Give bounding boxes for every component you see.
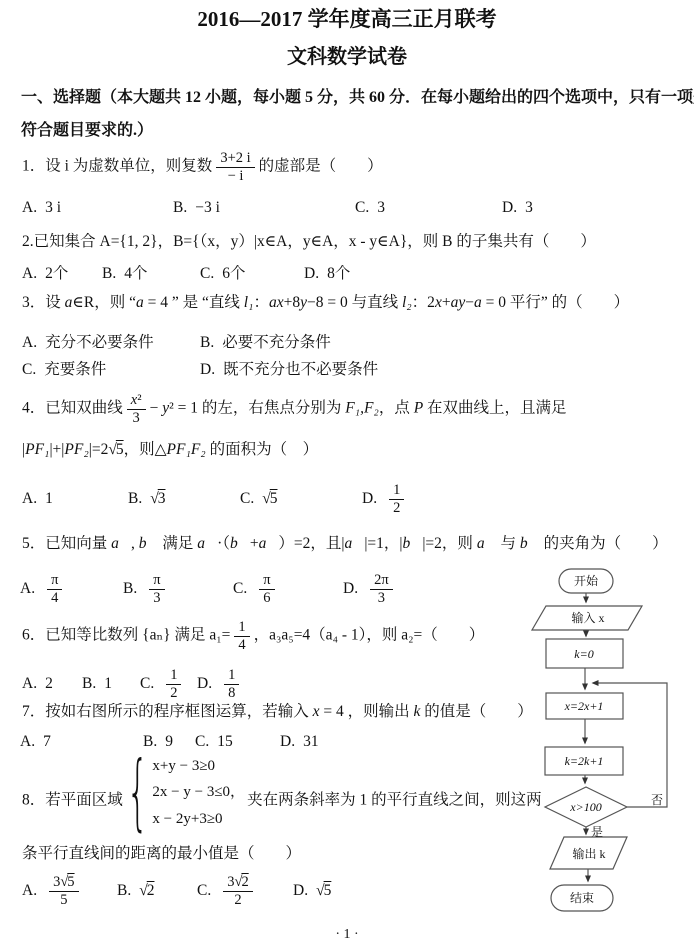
flowchart-loop-line bbox=[593, 683, 667, 807]
question-8-option-c: C.3√22 bbox=[197, 866, 257, 916]
page-title: 2016—2017 学年度高三正月联考 bbox=[0, 6, 694, 33]
question-3-options-row-2: C.充要条件 D.既不充分也不必要条件 bbox=[0, 358, 694, 382]
question-2-option-a: A.2个 bbox=[22, 262, 68, 286]
exam-page: 2016—2017 学年度高三正月联考 文科数学试卷 一、选择题（本大题共 12… bbox=[0, 0, 694, 952]
section-header-line-2: 符合题目要求的.） bbox=[21, 121, 153, 142]
question-3-option-d: D.既不充分也不必要条件 bbox=[200, 358, 378, 382]
question-8-option-b: B.√2 bbox=[117, 866, 154, 916]
flowchart-start-label: 开始 bbox=[574, 573, 599, 588]
question-6-option-b: B.1 bbox=[82, 660, 112, 708]
question-3-stem: 3．设 a∈R，则 “a = 4 ” 是 “直线 l₁：ax+8y−8 = 0 … bbox=[22, 293, 629, 319]
question-5-option-a: A.π4 bbox=[20, 563, 66, 615]
question-2-options: A.2个 B.4个 C.6个 D.8个 bbox=[0, 262, 694, 286]
question-4-option-a: A.1 bbox=[22, 474, 53, 524]
program-flowchart: 开始 输入 x k=0 x=2x+1 k=2k+1 x>100 否 是 输出 k… bbox=[514, 558, 694, 918]
question-4-option-b: B.√3 bbox=[128, 474, 165, 524]
question-8-option-d: D.√5 bbox=[293, 866, 331, 916]
question-2-stem: 2.已知集合 A={1, 2}，B={（x，y）|x∈A，y∈A，x - y∈A… bbox=[22, 232, 596, 256]
question-1-options: A.3 i B.−3 i C.3 D. 3 bbox=[0, 196, 694, 220]
flowchart-output-label: 输出 k bbox=[572, 846, 605, 861]
question-6-option-c: C.12 bbox=[140, 660, 185, 708]
question-4-stem-line-2: |PF₁|+|PF₂|=2√5，则△PF₁F₂ 的面积为（ ） bbox=[22, 440, 318, 466]
question-3-option-c: C.充要条件 bbox=[22, 358, 106, 382]
question-8-stem: 8．若平面区域{x+y − 3≥02x − y − 3≤0，x − 2y+3≥0… bbox=[22, 750, 542, 836]
question-4-option-d: D.12 bbox=[362, 474, 408, 524]
question-1-option-a: A.3 i bbox=[22, 196, 61, 220]
question-4-option-c: C.√5 bbox=[240, 474, 277, 524]
question-4-options: A.1 B.√3 C.√5 D.12 bbox=[0, 474, 694, 524]
question-4-stem-line-1: 4．已知双曲线x²3− y² = 1 的左，右焦点分别为 F₁,F₂，点 P 在… bbox=[22, 384, 567, 434]
flowchart-step2-label: k=2k+1 bbox=[565, 754, 604, 768]
question-5-option-b: B.π3 bbox=[123, 563, 169, 615]
flowchart-step1-label: x=2x+1 bbox=[564, 699, 604, 713]
section-header-line-1: 一、选择题（本大题共 12 小题，每小题 5 分，共 60 分．在每小题给出的四… bbox=[21, 88, 694, 109]
question-6-stem: 6．已知等比数列 {aₙ} 满足 a₁=14，a₃a₅=4（a₄ - 1），则 … bbox=[22, 612, 484, 660]
question-1-option-d: D. 3 bbox=[502, 196, 533, 220]
question-3-option-a: A.充分不必要条件 bbox=[22, 331, 154, 355]
question-3-options-row-1: A.充分不必要条件 B.必要不充分条件 bbox=[0, 331, 694, 355]
page-subtitle: 文科数学试卷 bbox=[0, 44, 694, 70]
question-5-stem: 5．已知向量 a⃗, b⃗ 满足 a⃗·（b⃗+a⃗）=2，且|a⃗|=1，|b… bbox=[22, 534, 668, 560]
question-5-option-c: C.π6 bbox=[233, 563, 279, 615]
question-2-option-b: B.4个 bbox=[102, 262, 147, 286]
flowchart-init-label: k=0 bbox=[574, 647, 593, 661]
question-2-option-d: D.8个 bbox=[304, 262, 350, 286]
question-8-option-a: A.3√55 bbox=[22, 866, 83, 916]
flowchart-condition-label: x>100 bbox=[569, 800, 601, 814]
question-1-option-c: C.3 bbox=[355, 196, 385, 220]
question-8-stem-line-2: 条平行直线间的距离的最小值是（ ） bbox=[22, 844, 301, 868]
flowchart-input-label: 输入 x bbox=[571, 610, 604, 625]
question-5-option-d: D.2π3 bbox=[343, 563, 397, 615]
question-6-option-d: D.18 bbox=[197, 660, 243, 708]
flowchart-no-label: 否 bbox=[651, 793, 663, 807]
question-1-stem: 1．设 i 为虚数单位，则复数3+2 i− i的虚部是（ ） bbox=[22, 144, 383, 190]
question-3-option-b: B.必要不充分条件 bbox=[200, 331, 331, 355]
question-6-option-a: A.2 bbox=[22, 660, 53, 708]
page-number: · 1 · bbox=[0, 926, 694, 944]
question-7-stem: 7．按如右图所示的程序框图运算，若输入 x = 4 ，则输出 k 的值是（ ） bbox=[22, 702, 533, 726]
question-2-option-c: C.6个 bbox=[200, 262, 245, 286]
question-1-option-b: B.−3 i bbox=[173, 196, 220, 220]
flowchart-yes-label: 是 bbox=[591, 825, 603, 839]
flowchart-svg: 开始 输入 x k=0 x=2x+1 k=2k+1 x>100 否 是 输出 k… bbox=[514, 558, 694, 918]
flowchart-end-label: 结束 bbox=[570, 890, 594, 905]
